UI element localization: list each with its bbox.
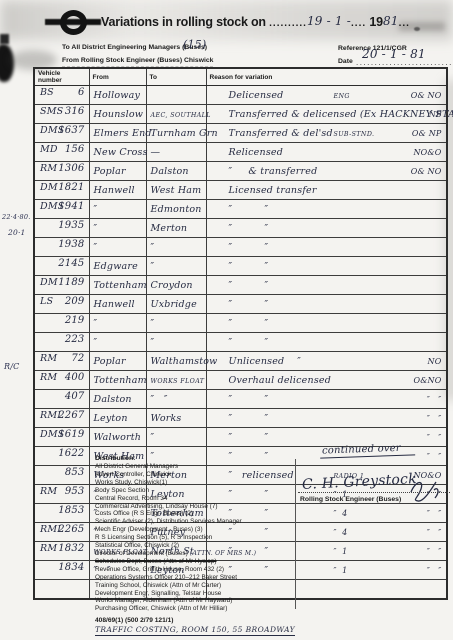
reason-text: ″ ″ xyxy=(207,242,334,253)
addressee-count-handwritten: (15) xyxy=(183,38,206,51)
vehicle-number-cell: 223 xyxy=(34,333,89,352)
distribution-item: Mech Engr (Development - Buses) (3) xyxy=(95,526,310,534)
reason-cell: Unlicensed ″NO xyxy=(206,352,447,371)
from-garage: Hounslow xyxy=(90,109,144,120)
vehicle-number: 1834 xyxy=(58,561,84,574)
table-row: RML2267LeytonWorks″ ″″ ″ xyxy=(34,409,447,428)
vehicle-class: SMS xyxy=(40,105,63,118)
reason-text: Licensed transfer xyxy=(207,185,334,196)
vehicle-number: 1938 xyxy=(58,238,84,251)
from-garage: Edgware xyxy=(90,261,138,272)
vehicle-number-cell: 2145 xyxy=(34,257,89,276)
reason-cell: ″ ″ xyxy=(206,295,447,314)
to-garage: ″ xyxy=(147,432,155,443)
from-garage: Hanwell xyxy=(90,299,135,310)
from-garage-cell: Poplar xyxy=(89,162,146,181)
signature-printed-title: Rolling Stock Engineer (Buses) xyxy=(300,496,401,503)
vehicle-number-cell: SMS316 xyxy=(34,105,89,124)
from-garage xyxy=(90,584,94,595)
vehicle-number: 1853 xyxy=(58,504,84,517)
from-garage-cell: Poplar xyxy=(89,352,146,371)
from-garage: Poplar xyxy=(90,166,126,177)
vehicle-number-cell: RM1832 xyxy=(34,542,89,561)
table-row: 219″″″ ″ xyxy=(34,314,447,333)
distribution-item: Director of Development (Buses) (ATTN. O… xyxy=(95,550,310,558)
vehicle-number-cell: RML2265 xyxy=(34,523,89,542)
scanned-form-page: Variations in rolling stock on .........… xyxy=(0,0,453,640)
vehicle-number: 1821 xyxy=(58,181,84,194)
vehicle-number-cell: 1834 xyxy=(34,561,89,580)
vehicle-number: 1941 xyxy=(58,200,84,213)
margin-note-rc: R/C xyxy=(4,362,19,371)
reason-text: ″ ″ xyxy=(207,413,334,424)
column-header: To xyxy=(146,68,206,86)
vehicle-number: 156 xyxy=(65,143,85,156)
reason-code: ″ ″ xyxy=(392,509,444,518)
reason-note: ″ 1 xyxy=(334,566,392,575)
distribution-item: Schedules Dept, Buses (Attn of Mr Hyslop… xyxy=(95,558,310,566)
reason-code: ″ ″ xyxy=(392,433,444,442)
from-garage: New Cross xyxy=(90,147,148,158)
reason-text: ″ ″ xyxy=(207,223,334,234)
to-garage: ″ xyxy=(147,261,155,272)
reason-text: ″ ″ xyxy=(207,204,334,215)
title-dot-leader-3: ... xyxy=(399,18,410,29)
to-garage-cell: ″ xyxy=(146,314,206,333)
vehicle-number-cell: 1938 xyxy=(34,238,89,257)
vehicle-number-cell: DM1189 xyxy=(34,276,89,295)
to-garage: ″ ″ xyxy=(147,394,168,405)
reason-code: ″ ″ xyxy=(392,566,444,575)
vehicle-number-cell: 1935 xyxy=(34,219,89,238)
from-garage: ″ xyxy=(90,318,98,329)
vehicle-number: 209 xyxy=(65,295,85,308)
to-garage-cell: Edmonton xyxy=(146,200,206,219)
to-garage xyxy=(147,90,151,101)
distribution-item: Statistical Office, Chiswick (2) xyxy=(95,542,310,550)
from-garage: Elmers End xyxy=(90,128,152,139)
reason-text: ″ ″ xyxy=(207,337,334,348)
distribution-item: Central Record, Room 34 xyxy=(95,495,310,503)
from-garage: ″ xyxy=(90,223,98,234)
from-garage-cell: Walworth xyxy=(89,428,146,447)
signature-dotted-line xyxy=(298,492,450,493)
reason-cell: ″ ″ xyxy=(206,333,447,352)
to-garage-cell: ″ ″ xyxy=(146,390,206,409)
vehicle-number: 407 xyxy=(65,390,85,403)
distribution-item: Development Engr, Signalling, Telstar Ho… xyxy=(95,590,310,598)
reason-cell: DelicensedENGO& NO xyxy=(206,86,447,105)
distribution-item: Commercial Advertising, Lindsay House (7… xyxy=(95,503,310,511)
reason-cell: Overhaul delicensedO&NO xyxy=(206,371,447,390)
vehicle-number-cell: RM72 xyxy=(34,352,89,371)
to-garage: ″ xyxy=(147,337,155,348)
from-garage-cell: ″ xyxy=(89,314,146,333)
from-garage: ″ xyxy=(90,337,98,348)
distribution-item: Operations Systems Officer 210–212 Baker… xyxy=(95,574,310,582)
distribution-item: Purchasing Officer, Chiswick (Attn of Mr… xyxy=(95,605,310,613)
from-garage: Walworth xyxy=(90,432,142,443)
vehicle-number-cell: DMS1619 xyxy=(34,428,89,447)
to-garage-cell: Merton xyxy=(146,219,206,238)
vehicle-number-cell: DMS1637 xyxy=(34,124,89,143)
table-row: 1935″Merton″ ″ xyxy=(34,219,447,238)
title-dot-leader: .......... xyxy=(269,18,307,29)
form-title: Variations in rolling stock on .........… xyxy=(101,15,410,29)
to-garage-cell: — xyxy=(146,143,206,162)
vehicle-number: 316 xyxy=(65,105,85,118)
to-garage-cell: ″ xyxy=(146,238,206,257)
reason-text: ″ ″ xyxy=(207,261,334,272)
vehicle-number: 2145 xyxy=(58,257,84,270)
from-garage: Holloway xyxy=(90,90,141,101)
vehicle-number: 72 xyxy=(71,352,84,365)
reason-cell: RelicensedNO&O xyxy=(206,143,447,162)
vehicle-number-cell: 407 xyxy=(34,390,89,409)
reason-text: ″ ″ xyxy=(207,318,334,329)
reason-text: Relicensed xyxy=(207,147,334,158)
table-row: DMS1941″Edmonton″ ″ xyxy=(34,200,447,219)
distribution-item: Training School, Chiswick (Attn of Mr Ca… xyxy=(95,582,310,590)
reason-code: ″ ″ xyxy=(392,414,444,423)
reason-code: O& NO xyxy=(392,167,444,176)
table-row: RM72PoplarWalthamstowUnlicensed ″NO xyxy=(34,352,447,371)
vehicle-number: 1637 xyxy=(58,124,84,137)
reason-code: NP xyxy=(392,110,444,119)
to-garage: Croydon xyxy=(147,280,193,291)
from-garage: Poplar xyxy=(90,356,126,367)
to-garage-cell: Walthamstow xyxy=(146,352,206,371)
reason-text: Unlicensed ″ xyxy=(207,356,334,367)
year-prefix-printed: 19 xyxy=(369,15,383,29)
vehicle-number-cell: DMS1941 xyxy=(34,200,89,219)
vehicle-number: 1619 xyxy=(58,428,84,441)
year-handwritten: 81 xyxy=(383,14,399,28)
distribution-item: Revenue Office, Griffith House, Room 432… xyxy=(95,566,310,574)
reason-note: ″ 4 xyxy=(334,509,392,518)
reason-cell: ″ & transferredO& NO xyxy=(206,162,447,181)
margin-note-date: 22·4·80. xyxy=(2,213,30,221)
table-row: RM1306PoplarDalston″ & transferredO& NO xyxy=(34,162,447,181)
vehicle-number: 953 xyxy=(65,485,85,498)
from-garage-cell: Dalston xyxy=(89,390,146,409)
distribution-item: Costs Office (R S Engr- Buses) (2) xyxy=(95,510,310,518)
table-row: 223″″″ ″ xyxy=(34,333,447,352)
distribution-item: Scientific Adviser (2), Distribution Ser… xyxy=(95,518,310,526)
to-garage: Works xyxy=(147,413,182,424)
vehicle-number: 223 xyxy=(65,333,85,346)
column-header: Reason for variation xyxy=(206,68,447,86)
reason-text: Transferred & del'sd xyxy=(207,128,334,139)
column-header: From xyxy=(89,68,146,86)
vehicle-class: DM xyxy=(40,181,58,194)
from-garage-cell: Holloway xyxy=(89,86,146,105)
to-garage: WORKS FLOAT xyxy=(147,378,205,385)
vehicle-number-cell: MD156 xyxy=(34,143,89,162)
from-garage-cell: ″ xyxy=(89,219,146,238)
reason-code: NO&O xyxy=(392,148,444,157)
vehicle-number-cell: 1853 xyxy=(34,504,89,523)
margin-note-date-2: 20·1 xyxy=(8,228,26,237)
from-garage: Tottenham xyxy=(90,375,147,386)
section-divider-line xyxy=(295,459,296,609)
vehicle-number-cell: DM1821 xyxy=(34,181,89,200)
reason-cell: ″ ″″ ″ xyxy=(206,409,447,428)
reason-cell: ″ ″ xyxy=(206,276,447,295)
reason-cell: Transferred & del'sdSUB-STND.O& NP xyxy=(206,124,447,143)
vehicle-number: 219 xyxy=(65,314,85,327)
distribution-annotation-handwritten: (ATTN. OF MRS M.) xyxy=(188,550,257,557)
scan-ink-blob-small xyxy=(0,34,9,44)
table-row: 2145Edgware″″ ″ xyxy=(34,257,447,276)
reason-text: Delicensed xyxy=(207,90,334,101)
from-garage-cell: Hounslow xyxy=(89,105,146,124)
reason-cell: ″ ″″ ″ xyxy=(206,390,447,409)
reason-code: O&NO xyxy=(392,376,444,385)
reason-cell: ″ ″ xyxy=(206,238,447,257)
distribution-item: R S Licensing Section (5), R S Inspectio… xyxy=(95,534,310,542)
table-row: SMS316HounslowAEC, SOUTHALLTransferred &… xyxy=(34,105,447,124)
table-row: 1938″″″ ″ xyxy=(34,238,447,257)
to-garage-cell: ″ xyxy=(146,428,206,447)
vehicle-class: LS xyxy=(40,295,53,308)
reason-code: NO xyxy=(392,357,444,366)
vehicle-number: 1935 xyxy=(58,219,84,232)
reason-code: O& NP xyxy=(392,129,444,138)
vehicle-number-cell: 1622 xyxy=(34,447,89,466)
to-garage-cell: West Ham xyxy=(146,181,206,200)
reason-note: ENG xyxy=(334,93,392,100)
distribution-item: Advert Controller, Chiswick xyxy=(95,471,310,479)
vehicle-number-cell: BS6 xyxy=(34,86,89,105)
to-garage-cell: Croydon xyxy=(146,276,206,295)
to-garage: Edmonton xyxy=(147,204,202,215)
vehicle-class: DM xyxy=(40,276,58,289)
reason-cell: ″ ″ xyxy=(206,257,447,276)
table-row: MD156New Cross—RelicensedNO&O xyxy=(34,143,447,162)
from-garage: ″ xyxy=(90,204,98,215)
distribution-item: All District General Managers xyxy=(95,463,310,471)
vehicle-number-cell: RM400 xyxy=(34,371,89,390)
scan-speck xyxy=(414,27,420,31)
vehicle-number: 2265 xyxy=(58,523,84,536)
reason-cell: ″ ″ xyxy=(206,314,447,333)
to-garage-cell: Dalston xyxy=(146,162,206,181)
vehicle-class: BS xyxy=(40,86,54,99)
vehicle-number-cell xyxy=(34,580,89,600)
from-garage-cell: Hanwell xyxy=(89,295,146,314)
reason-text: ″ ″ xyxy=(207,432,334,443)
table-header-row: Vehicle numberFromToReason for variation xyxy=(34,68,447,86)
from-garage-cell: New Cross xyxy=(89,143,146,162)
to-garage-cell: WORKS FLOAT xyxy=(146,371,206,390)
reason-code: ″ ″ xyxy=(392,547,444,556)
vehicle-number-cell: RM953 xyxy=(34,485,89,504)
from-garage: Hanwell xyxy=(90,185,135,196)
to-garage: Dalston xyxy=(147,166,189,177)
vehicle-class: RM xyxy=(40,542,57,555)
to-garage: Merton xyxy=(147,223,188,234)
title-dot-leader-2: .... xyxy=(351,18,366,29)
date-value-handwritten: 20 - 1 - 81 xyxy=(362,47,426,61)
vehicle-number-cell: RML2267 xyxy=(34,409,89,428)
vehicle-number-cell: LS209 xyxy=(34,295,89,314)
to-garage-cell: Works xyxy=(146,409,206,428)
vehicle-number: 1622 xyxy=(58,447,84,460)
vehicle-number: 853 xyxy=(65,466,85,479)
to-garage-cell: AEC, SOUTHALL xyxy=(146,105,206,124)
distribution-label: Distribution: xyxy=(95,455,310,463)
vehicle-class: MD xyxy=(40,143,58,156)
vehicle-number: 1832 xyxy=(58,542,84,555)
from-garage-cell: ″ xyxy=(89,200,146,219)
scan-ink-blob xyxy=(0,44,14,82)
to-garage: West Ham xyxy=(147,185,202,196)
form-number: 408/69(1) (500 2/79 121/1) xyxy=(95,617,173,624)
table-row: LS209HanwellUxbridge″ ″ xyxy=(34,295,447,314)
reason-text: ″ ″ xyxy=(207,280,334,291)
to-garage: ″ xyxy=(147,318,155,329)
reason-note: ″ 1 xyxy=(334,547,392,556)
reason-note: SUB-STND. xyxy=(334,131,392,138)
vehicle-class: RM xyxy=(40,371,57,384)
table-row: 407Dalston″ ″″ ″″ ″ xyxy=(34,390,447,409)
reason-text: Transferred & delicensed (Ex HACKNEY STA… xyxy=(207,109,334,120)
london-transport-roundel-icon xyxy=(53,9,95,39)
to-garage: Uxbridge xyxy=(147,299,197,310)
from-garage-cell: Leyton xyxy=(89,409,146,428)
roundel-ring xyxy=(60,10,87,35)
form-title-text: Variations in rolling stock on xyxy=(101,15,266,29)
to-garage-cell: ″ xyxy=(146,257,206,276)
reason-text: ″ ″ xyxy=(207,299,334,310)
from-garage: ″ xyxy=(90,242,98,253)
table-row: RM400TottenhamWORKS FLOATOverhaul delice… xyxy=(34,371,447,390)
distribution-item: Works Study, Chiswick(1) xyxy=(95,479,310,487)
vehicle-number: 2267 xyxy=(58,409,84,422)
signature-flourish xyxy=(408,478,442,504)
from-garage: Dalston xyxy=(90,394,132,405)
distribution-item: Works Manager, Aldenham (Attn of Mr Hayw… xyxy=(95,597,310,605)
to-garage-cell: ″ xyxy=(146,333,206,352)
column-header: Vehicle number xyxy=(34,68,89,86)
to-garage-cell: Turnham Grn xyxy=(146,124,206,143)
table-row: DMS1637Elmers EndTurnham GrnTransferred … xyxy=(34,124,447,143)
reason-cell: ″ ″ xyxy=(206,200,447,219)
vehicle-number: 6 xyxy=(78,86,85,99)
reason-cell: Licensed transfer xyxy=(206,181,447,200)
from-garage-cell: Tottenham xyxy=(89,371,146,390)
vehicle-number: 1306 xyxy=(58,162,84,175)
date-label: Date xyxy=(338,58,353,65)
to-garage: — xyxy=(147,147,161,158)
reason-text: ″ & transferred xyxy=(207,166,334,177)
vehicle-number: 400 xyxy=(65,371,85,384)
to-garage-cell xyxy=(146,86,206,105)
vehicle-class: RM xyxy=(40,352,57,365)
to-garage: ″ xyxy=(147,242,155,253)
reason-note: ″ 4 xyxy=(334,528,392,537)
from-garage-cell: Edgware xyxy=(89,257,146,276)
from-garage-cell: ″ xyxy=(89,333,146,352)
from-garage-cell: ″ xyxy=(89,238,146,257)
to-garage: AEC, SOUTHALL xyxy=(147,112,211,119)
from-garage-cell: Tottenham xyxy=(89,276,146,295)
from-garage-cell: Elmers End xyxy=(89,124,146,143)
from-garage-cell: Hanwell xyxy=(89,181,146,200)
reason-text: ″ ″ xyxy=(207,394,334,405)
distribution-item: Body Spec Section xyxy=(95,487,310,495)
vehicle-number: 1189 xyxy=(58,276,84,289)
distribution-section: Distribution: All District General Manag… xyxy=(95,455,310,613)
table-row: DM1821HanwellWest HamLicensed transfer xyxy=(34,181,447,200)
vehicle-number-cell: 219 xyxy=(34,314,89,333)
vehicle-number-cell: RM1306 xyxy=(34,162,89,181)
reason-code: ″ ″ xyxy=(392,528,444,537)
reason-code: ″ ″ xyxy=(392,395,444,404)
date-day-month-handwritten: 19 - 1 - xyxy=(307,14,351,28)
footer-note-handwritten: TRAFFIC COSTING, ROOM 150, 55 BROADWAY xyxy=(95,625,295,636)
from-garage: Leyton xyxy=(90,413,128,424)
distribution-list: All District General ManagersAdvert Cont… xyxy=(95,463,310,613)
from-garage: Tottenham xyxy=(90,280,147,291)
reason-cell: Transferred & delicensed (Ex HACKNEY STA… xyxy=(206,105,447,124)
to-garage-cell: Uxbridge xyxy=(146,295,206,314)
vehicle-class: RM xyxy=(40,162,57,175)
vehicle-number-cell: 853 xyxy=(34,466,89,485)
reason-cell: ″ ″ xyxy=(206,219,447,238)
sender-line: From Rolling Stock Engineer (Buses) Chis… xyxy=(62,57,213,67)
vehicle-class: RM xyxy=(40,485,57,498)
reason-code: O& NO xyxy=(392,91,444,100)
reason-text: Overhaul delicensed xyxy=(207,375,334,386)
table-row: BS6HollowayDelicensedENGO& NO xyxy=(34,86,447,105)
table-row: DM1189TottenhamCroydon″ ″ xyxy=(34,276,447,295)
